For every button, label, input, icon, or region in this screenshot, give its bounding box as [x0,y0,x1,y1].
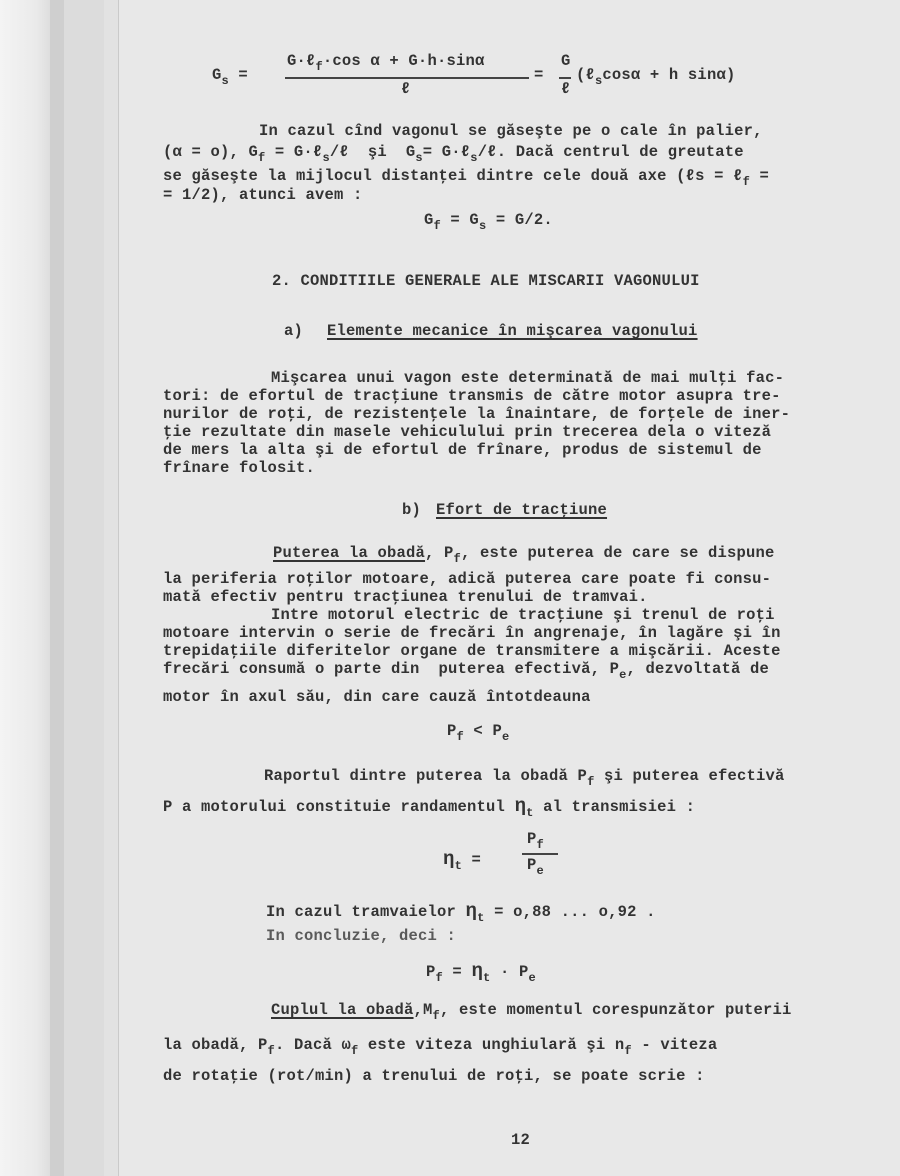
scan-background [0,0,52,1176]
page-stack-edge [64,0,105,1176]
page-number: 12 [511,1131,530,1149]
inequality-pf-pe: Pf < Pe [447,722,509,740]
tram-efficiency-range: In cazul tramvaielor ηt = o,88 ... o,92 … [266,900,656,922]
fraction-bar [285,77,529,79]
fraction-bar [559,77,571,79]
conclusion-line: In concluzie, deci : [266,927,456,945]
formula-pf: Pf = ηt · Pe [426,960,536,982]
section-heading: 2. CONDITIILE GENERALE ALE MISCARII VAGO… [272,272,700,290]
fraction-bar [522,853,558,855]
page-stack-edge [104,0,119,1176]
equation-half-weight: Gf = Gs = G/2. [424,211,553,229]
